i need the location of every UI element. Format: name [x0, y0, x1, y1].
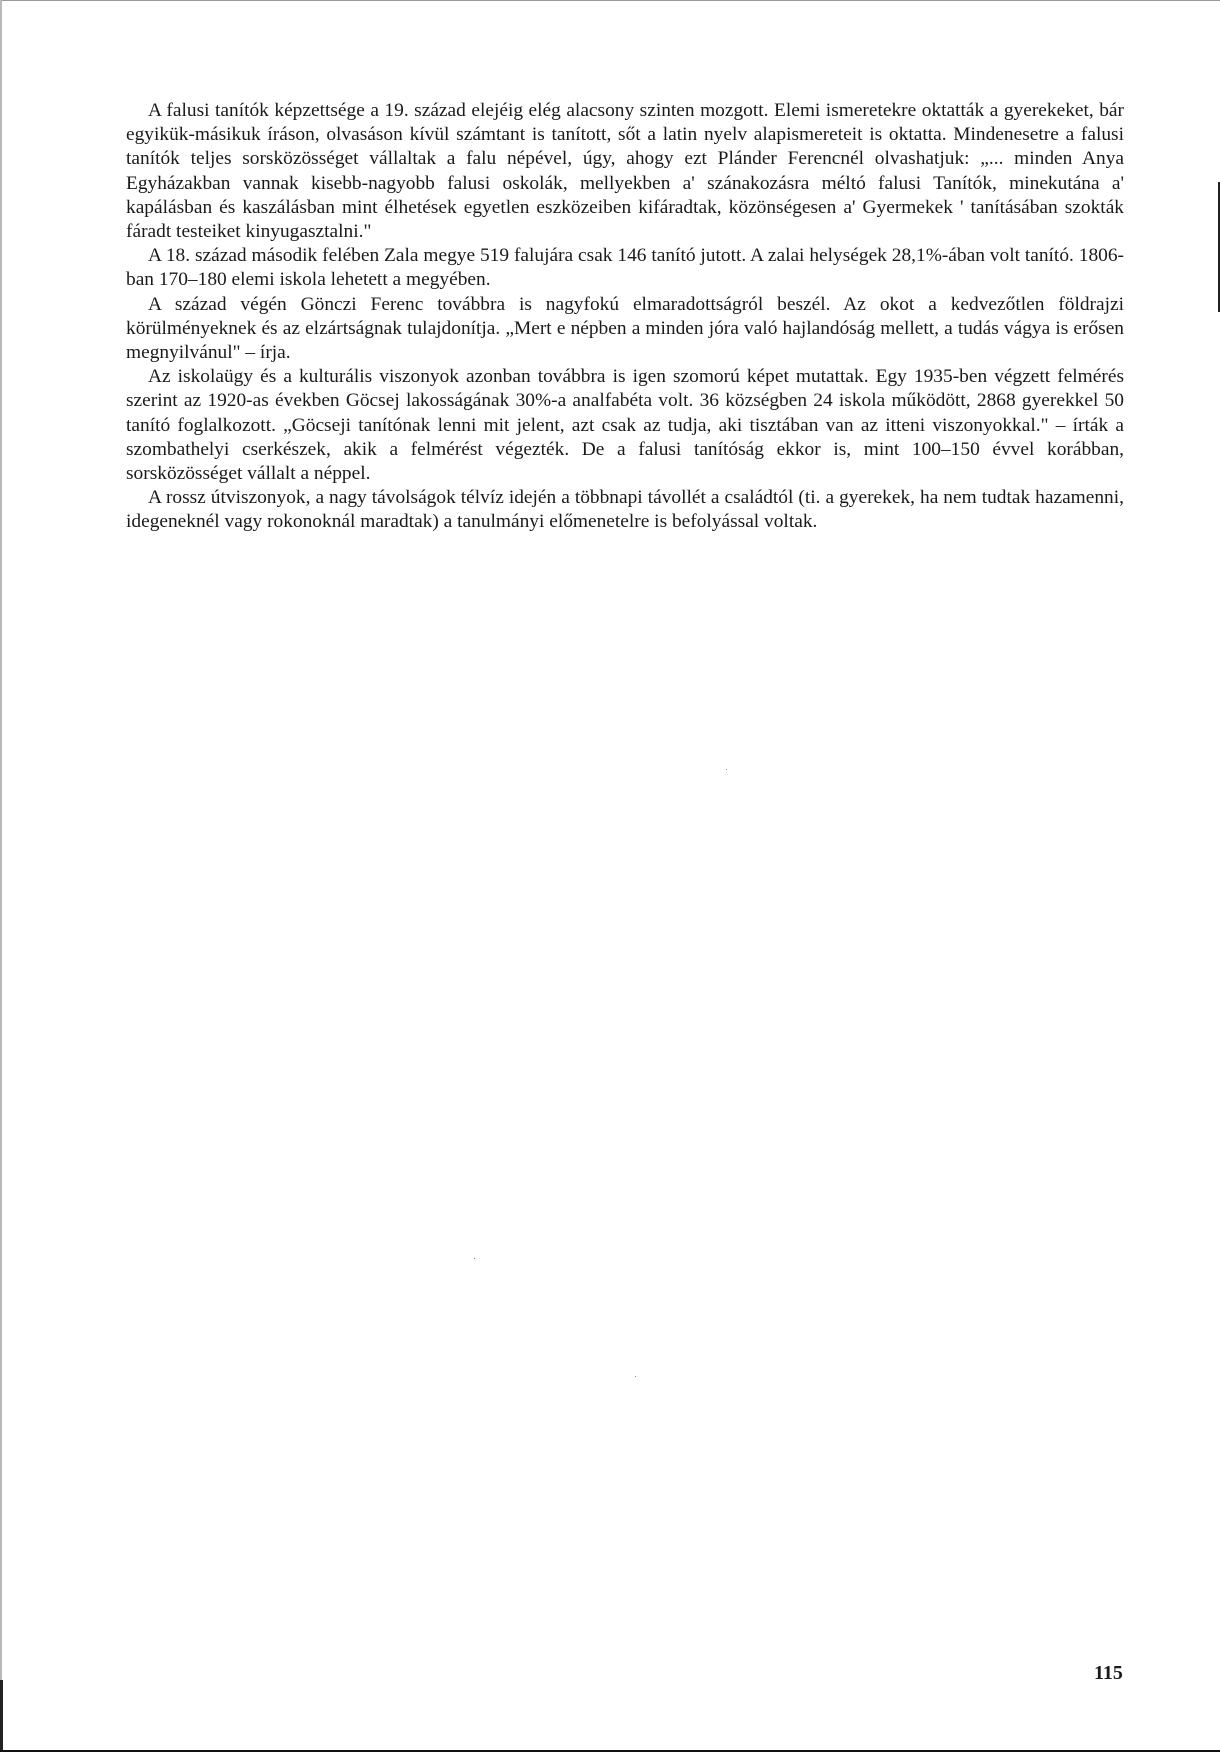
scan-speck — [635, 1376, 636, 1377]
scan-border-top — [0, 0, 1220, 1]
paragraph-gonczi: A század végén Gönczi Ferenc továbbra is… — [126, 293, 1124, 366]
paragraph-teacher-education: A falusi tanítók képzettsége a 19. száza… — [126, 99, 1124, 244]
paragraph-zala-statistics: A 18. század második felében Zala megye … — [126, 244, 1124, 292]
scan-speck — [726, 769, 727, 770]
scan-border-left — [0, 0, 2, 1752]
paragraph-road-conditions: A rossz útviszonyok, a nagy távolságok t… — [126, 486, 1124, 534]
paragraph-survey-1935: Az iskolaügy és a kulturális viszonyok a… — [126, 365, 1124, 486]
scan-border-left-shadow — [0, 1680, 3, 1752]
scanned-page: A falusi tanítók képzettsége a 19. száza… — [0, 0, 1220, 1752]
page-number: 115 — [1094, 1662, 1123, 1685]
body-text: A falusi tanítók képzettsége a 19. száza… — [126, 99, 1124, 535]
scan-speck — [474, 1258, 475, 1259]
